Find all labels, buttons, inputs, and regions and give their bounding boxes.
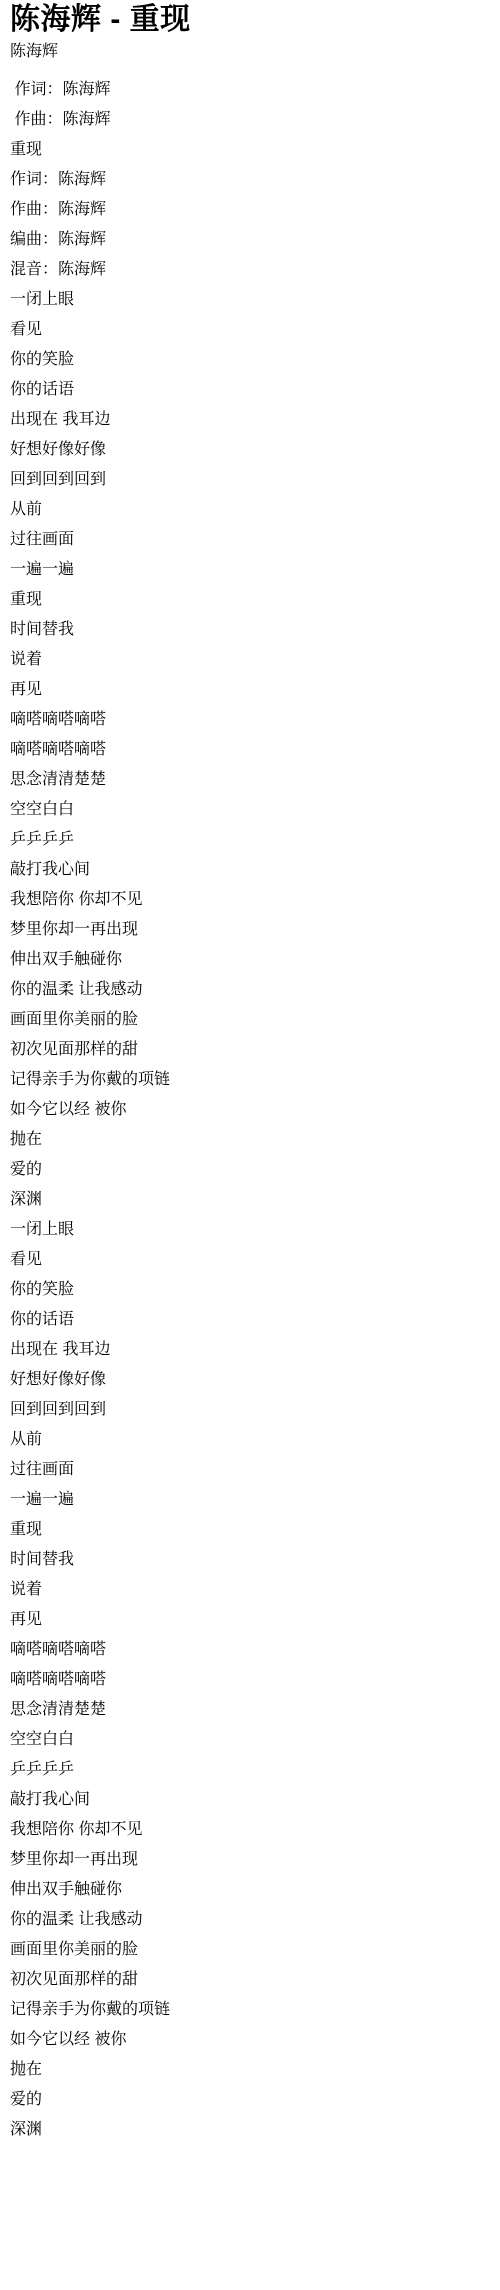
lyric-line: 一闭上眼 [10,285,500,315]
lyric-line: 记得亲手为你戴的项链 [10,1065,500,1095]
lyric-line: 嘀嗒嘀嗒嘀嗒 [10,705,500,735]
lyric-line: 重现 [10,135,500,165]
lyric-line: 如今它以经 被你 [10,2025,500,2055]
lyric-line: 混音：陈海辉 [10,255,500,285]
lyric-line: 从前 [10,495,500,525]
lyric-line: 嘀嗒嘀嗒嘀嗒 [10,1635,500,1665]
lyric-line: 梦里你却一再出现 [10,1845,500,1875]
lyric-line: 我想陪你 你却不见 [10,1815,500,1845]
page-title: 陈海辉 - 重现 [10,2,500,38]
lyric-line: 敲打我心间 [10,855,500,885]
lyric-line: 说着 [10,645,500,675]
lyric-line: 空空白白 [10,795,500,825]
lyric-line: 记得亲手为你戴的项链 [10,1995,500,2025]
lyric-line: 作词：陈海辉 [10,75,500,105]
lyric-line: 一遍一遍 [10,555,500,585]
lyric-line: 出现在 我耳边 [10,405,500,435]
lyric-line: 重现 [10,1515,500,1545]
lyric-line: 编曲：陈海辉 [10,225,500,255]
lyric-line: 过往画面 [10,525,500,555]
lyric-line: 思念清清楚楚 [10,765,500,795]
lyric-line: 回到回到回到 [10,465,500,495]
lyric-line: 如今它以经 被你 [10,1095,500,1125]
lyric-line: 嘀嗒嘀嗒嘀嗒 [10,1665,500,1695]
lyric-line: 你的话语 [10,1305,500,1335]
lyric-line: 作词：陈海辉 [10,165,500,195]
lyric-line: 初次见面那样的甜 [10,1965,500,1995]
lyric-line: 伸出双手触碰你 [10,945,500,975]
lyric-line: 看见 [10,315,500,345]
lyric-line: 你的话语 [10,375,500,405]
lyric-line: 我想陪你 你却不见 [10,885,500,915]
lyric-line: 画面里你美丽的脸 [10,1005,500,1035]
lyric-line: 敲打我心间 [10,1785,500,1815]
lyric-line: 一遍一遍 [10,1485,500,1515]
lyric-line: 从前 [10,1425,500,1455]
lyric-line: 梦里你却一再出现 [10,915,500,945]
lyric-line: 看见 [10,1245,500,1275]
lyric-line: 你的温柔 让我感动 [10,1905,500,1935]
lyric-line: 抛在 [10,2055,500,2085]
lyric-line: 乒乒乒乒 [10,825,500,855]
lyric-line: 思念清清楚楚 [10,1695,500,1725]
lyric-line: 爱的 [10,2085,500,2115]
lyric-line: 出现在 我耳边 [10,1335,500,1365]
lyric-line: 乒乒乒乒 [10,1755,500,1785]
lyrics-block: 作词：陈海辉 作曲：陈海辉重现作词：陈海辉作曲：陈海辉编曲：陈海辉混音：陈海辉一… [10,75,500,2145]
lyric-line: 时间替我 [10,615,500,645]
lyrics-page: { "page": { "title": "陈海辉 - 重现", "artist… [0,0,500,2290]
lyric-line: 爱的 [10,1155,500,1185]
lyric-line: 初次见面那样的甜 [10,1035,500,1065]
lyric-line: 你的笑脸 [10,345,500,375]
lyric-line: 好想好像好像 [10,435,500,465]
lyric-line: 时间替我 [10,1545,500,1575]
lyric-line: 画面里你美丽的脸 [10,1935,500,1965]
lyric-line: 说着 [10,1575,500,1605]
lyric-line: 作曲：陈海辉 [10,105,500,135]
lyric-line: 回到回到回到 [10,1395,500,1425]
lyric-line: 好想好像好像 [10,1365,500,1395]
lyric-line: 再见 [10,675,500,705]
lyric-line: 作曲：陈海辉 [10,195,500,225]
lyric-line: 你的温柔 让我感动 [10,975,500,1005]
lyric-line: 空空白白 [10,1725,500,1755]
lyric-line: 过往画面 [10,1455,500,1485]
lyric-line: 嘀嗒嘀嗒嘀嗒 [10,735,500,765]
lyric-line: 再见 [10,1605,500,1635]
lyric-line: 一闭上眼 [10,1215,500,1245]
lyric-line: 抛在 [10,1125,500,1155]
artist-name: 陈海辉 [10,42,500,62]
lyric-line: 伸出双手触碰你 [10,1875,500,1905]
lyric-line: 重现 [10,585,500,615]
lyric-line: 你的笑脸 [10,1275,500,1305]
lyric-line: 深渊 [10,2115,500,2145]
lyric-line: 深渊 [10,1185,500,1215]
